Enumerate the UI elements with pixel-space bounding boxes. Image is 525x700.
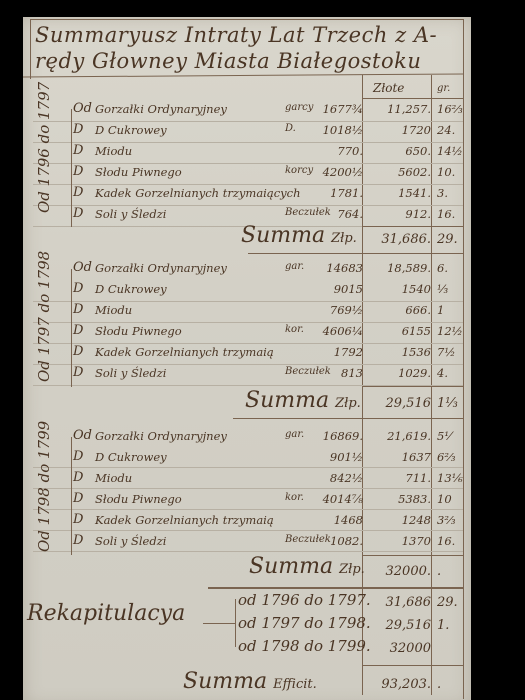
column-header-zloty: Złote: [373, 81, 404, 95]
grand-total-summa: SummaEfficit.: [183, 669, 317, 694]
table-row: D Kadek Gorzelnianych trzymaią 1468 1248…: [23, 510, 471, 531]
table-row: D D Cukrowey 901½ 1637 6⅔: [23, 447, 471, 468]
table-row: D D Cukrowey D. 1018½ 1720 24.: [23, 120, 471, 141]
recap-zloty-2: 29,516: [371, 618, 431, 633]
grand-total-zloty: 93,203.: [371, 677, 431, 692]
table-row: Od Gorzałki Ordynaryjney garcy 1677¾ 11,…: [23, 99, 471, 120]
section-2-summa: SummaZłp.: [245, 388, 361, 413]
recap-period-3: od 1798 do 1799.: [238, 637, 371, 655]
title-frame-bottom: [23, 73, 464, 77]
section-2-total-zloty: 29,516: [371, 396, 431, 411]
table-row: D Soli y Śledzi Beczułek 1082. 1370 16.: [23, 531, 471, 552]
manuscript-page: Summaryusz Intraty Lat Trzech z A- rędy …: [23, 17, 471, 700]
table-row: D Soli y Śledzi Beczułek 813 1029. 4.: [23, 363, 471, 384]
section-2-total-groszy: 1⅓: [437, 396, 458, 411]
recap-zloty-1: 31,686: [371, 595, 431, 610]
table-row: D Miodu 842½ 711. 13⅙: [23, 468, 471, 489]
column-header-groszy: gr.: [437, 83, 450, 94]
section-3-total-groszy: .: [437, 564, 441, 579]
title-frame-top: [30, 19, 464, 20]
table-row: D Miodu 769½ 666. 1: [23, 300, 471, 321]
grand-total-groszy: .: [437, 677, 441, 692]
table-row: D Słodu Piwnego kor. 4014⅞ 5383. 10: [23, 489, 471, 510]
title-frame-left: [30, 19, 31, 79]
recap-period-2: od 1797 do 1798.: [238, 614, 371, 632]
recap-groszy-1: 29.: [437, 595, 458, 610]
table-row: D Słodu Piwnego korcy 4200½ 5602. 10.: [23, 162, 471, 183]
section-1-total-groszy: 29.: [437, 232, 458, 247]
table-row: D Miodu 770. 650. 14½: [23, 141, 471, 162]
section-1-total-zloty: 31,686.: [371, 232, 431, 247]
table-row: D Kadek Gorzelnianych trzymaią 1792 1536…: [23, 342, 471, 363]
section-3-summa: SummaZłp.: [249, 554, 365, 579]
recap-groszy-2: 1.: [437, 618, 449, 633]
table-row: Od Gorzałki Ordynaryjney gar. 16869. 21,…: [23, 426, 471, 447]
table-row: D Kadek Gorzelnianych trzymaiących 1781.…: [23, 183, 471, 204]
table-row: D Soli y Śledzi Beczułek 764. 912. 16.: [23, 204, 471, 225]
section-1-summa: SummaZłp.: [241, 223, 357, 248]
section-3-total-zloty: 32000.: [371, 564, 431, 579]
recapitulation-label: Rekapitulacya: [27, 601, 185, 626]
recap-period-1: od 1796 do 1797.: [238, 591, 371, 609]
title-line-2: rędy Głowney Miasta Białegostoku: [35, 49, 421, 73]
recapitulation-brace: [235, 599, 236, 647]
table-row: D D Cukrowey 9015 1540 ⅓: [23, 279, 471, 300]
recap-zloty-3: 32000: [371, 641, 431, 656]
table-row: D Słodu Piwnego kor. 4606¼ 6155 12½: [23, 321, 471, 342]
table-row: Od Gorzałki Ordynaryjney gar. 14683 18,5…: [23, 258, 471, 279]
title-line-1: Summaryusz Intraty Lat Trzech z A-: [35, 23, 437, 47]
